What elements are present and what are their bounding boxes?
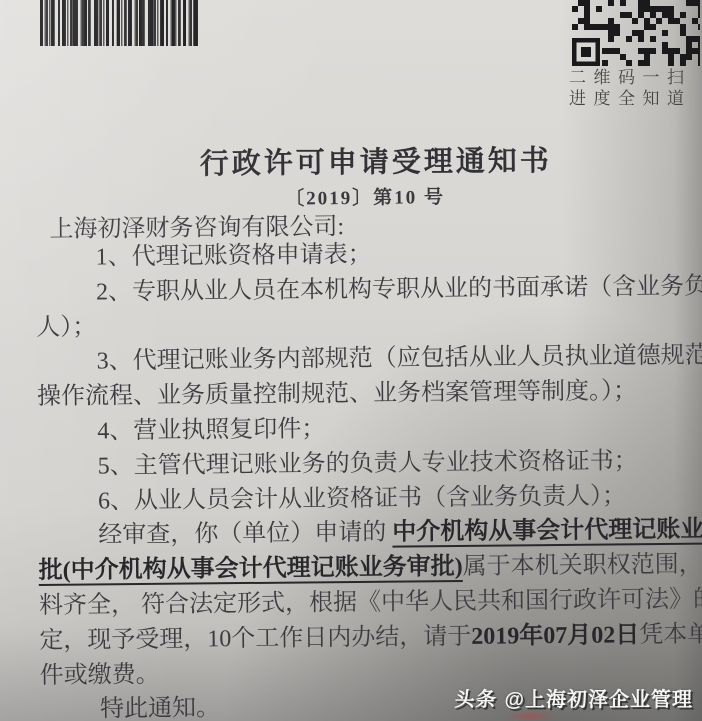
body-line-11: 料齐全， 符合法定形式，根据《中华人民共和国行政许可法》的规 (39, 583, 699, 624)
red-seal-smudge (505, 711, 555, 721)
notice-document: 行政许可申请受理通知书 〔2019〕第10 号 上海初泽财务咨询有限公司: 1、… (0, 0, 702, 721)
document-photo: 二维码一扫 进度全知道 行政许可申请受理通知书 〔2019〕第10 号 上海初泽… (0, 0, 702, 721)
document-body: 1、代理记账资格申请表；2、专职从业人员在本机构专职从业的书面承诺（含业务负责人… (36, 235, 701, 721)
body-line-5: 操作流程、业务质量控制规范、业务档案管理等制度。）； (37, 374, 697, 415)
toutiao-logo: 头条 (454, 683, 499, 712)
page-title: 行政许可申请受理通知书 (0, 137, 701, 185)
watermark-handle: @上海初泽企业管理 (504, 689, 693, 711)
body-line-2: 2、专职从业人员在本机构专职从业的书面承诺（含业务负责 (36, 269, 696, 310)
watermark: 头条@上海初泽企业管理 (455, 683, 693, 712)
body-line-7: 5、主管代理记账业务的负责人专业技术资格证书； (38, 443, 698, 484)
body-line-12: 定，现予受理，10个工作日内办结，请于2019年07月02日凭本单来取 (39, 617, 699, 658)
